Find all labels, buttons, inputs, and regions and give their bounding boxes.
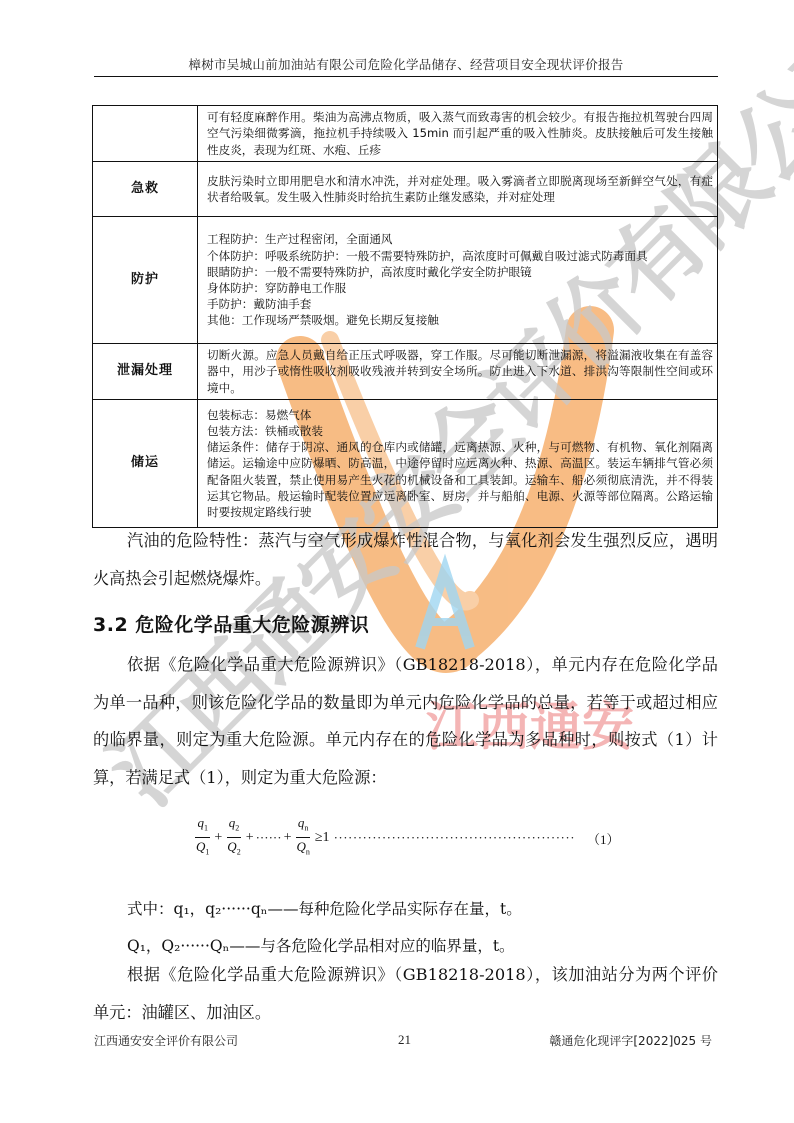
definition-q: 式中：q₁，q₂······qₙ——每种危险化学品实际存在量，t。 [127, 897, 522, 919]
row-content: 包装标志：易燃气体 包装方法：铁桶或散装 储运条件：储存于阴凉、通风的仓库内或储… [198, 400, 718, 528]
row-label-first-aid: 急救 [93, 162, 198, 217]
row-label [93, 106, 198, 162]
table-row: 可有轻度麻醉作用。柴油为高沸点物质，吸入蒸气而致毒害的机会较少。有报告拖拉机驾驶… [93, 106, 718, 162]
row-content: 切断火源。应急人员戴自给正压式呼吸器，穿工作服。尽可能切断泄漏源，将溢漏液收集在… [198, 344, 718, 400]
dot-leader: ········································… [334, 830, 575, 846]
major-hazard-formula: q1 Q1 + q2 Q2 + ······ + qn Qn ≥1 ······… [193, 815, 620, 861]
page-number: 21 [398, 1032, 411, 1048]
closing-paragraph: 根据《危险化学品重大危险源辨识》（GB18218-2018），该加油站分为两个评… [93, 956, 718, 1031]
footer-company: 江西通安安全评价有限公司 [94, 1032, 238, 1049]
table-row: 防护 工程防护：生产过程密闭，全面通风 个体防护：呼吸系统防护：一般不需要特殊防… [93, 217, 718, 344]
row-label-protection: 防护 [93, 217, 198, 344]
equation-number: （1） [587, 829, 620, 848]
page-header: 樟树市吴城山前加油站有限公司危险化学品储存、经营项目安全现状评价报告 [94, 56, 718, 77]
fraction-n: qn Qn [294, 815, 311, 861]
definition-Q: Q₁，Q₂······Qₙ——与各危险化学品相对应的临界量，t。 [127, 934, 515, 956]
page: 樟树市吴城山前加油站有限公司危险化学品储存、经营项目安全现状评价报告 可有轻度麻… [0, 0, 794, 1123]
fraction-2: q2 Q2 [225, 815, 242, 861]
row-content: 可有轻度麻醉作用。柴油为高沸点物质，吸入蒸气而致毒害的机会较少。有报告拖拉机驾驶… [198, 106, 718, 162]
table-row: 泄漏处理 切断火源。应急人员戴自给正压式呼吸器，穿工作服。尽可能切断泄漏源，将溢… [93, 344, 718, 400]
row-label-leak-handling: 泄漏处理 [93, 344, 198, 400]
document-number: 赣通危化现评字[2022]025 号 [549, 1032, 712, 1049]
page-footer: 江西通安安全评价有限公司 21 赣通危化现评字[2022]025 号 [94, 1032, 718, 1050]
row-label-storage-transport: 储运 [93, 400, 198, 528]
table-row: 储运 包装标志：易燃气体 包装方法：铁桶或散装 储运条件：储存于阴凉、通风的仓库… [93, 400, 718, 528]
gasoline-hazard-paragraph: 汽油的危险特性：蒸汽与空气形成爆炸性混合物，与氧化剂会发生强烈反应，遇明火高热会… [93, 522, 718, 597]
section-paragraph: 依据《危险化学品重大危险源辨识》（GB18218-2018），单元内存在危险化学… [93, 646, 718, 796]
chemical-properties-table: 可有轻度麻醉作用。柴油为高沸点物质，吸入蒸气而致毒害的机会较少。有报告拖拉机驾驶… [92, 105, 718, 528]
section-heading: 3.2 危险化学品重大危险源辨识 [93, 610, 369, 637]
table-row: 急救 皮肤污染时立即用肥皂水和清水冲洗，并对症处理。吸入雾滴者立即脱离现场至新鲜… [93, 162, 718, 217]
fraction-1: q1 Q1 [194, 815, 211, 861]
row-content: 工程防护：生产过程密闭，全面通风 个体防护：呼吸系统防护：一般不需要特殊防护，高… [198, 217, 718, 344]
row-content: 皮肤污染时立即用肥皂水和清水冲洗，并对症处理。吸入雾滴者立即脱离现场至新鲜空气处… [198, 162, 718, 217]
